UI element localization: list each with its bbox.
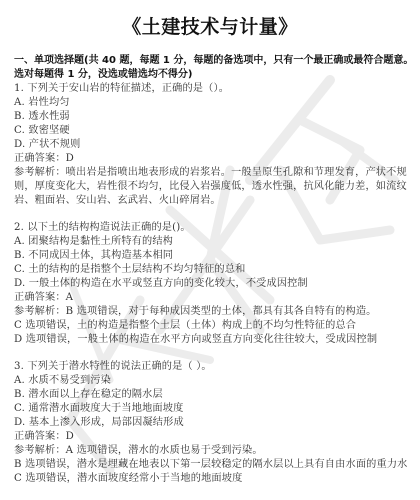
question-3-option-c: C. 通常潜水面坡度大于当地地面坡度 [14,402,420,416]
question-1-analysis-line-1: 参考解析：喷出岩是指喷出地表形成的岩浆岩。一般呈原生孔隙和节理发育，产状不规 [14,166,420,180]
question-2-option-b: B. 不同成因土体，其构造基本相同 [14,249,420,263]
question-2-answer: 正确答案：A [14,291,420,305]
question-1-option-c: C. 致密坚硬 [14,124,420,138]
document-title: 《土建技术与计量》 [0,12,420,39]
question-2-analysis-line-3: D 选项错误，一般土体的构造在水平方向或竖直方向变化往往较大，受成因控制 [14,333,420,347]
question-3-analysis-line-2: B 选项错误，潜水是埋藏在地表以下第一层较稳定的隔水层以上具有自由水面的重力水 [14,458,420,472]
question-1-analysis-line-3: 岩、粗面岩、安山岩、玄武岩、火山碎屑岩。 [14,194,420,208]
question-1-option-d: D. 产状不规则 [14,138,420,152]
question-3-option-a: A. 水质不易受到污染 [14,374,420,388]
question-1-answer: 正确答案：D [14,152,420,166]
question-3-answer: 正确答案：D [14,430,420,444]
question-2-option-d: D. 一般土体的构造在水平或竖直方向的变化较大，不受成因控制 [14,277,420,291]
question-3-analysis-line-1: 参考解析：A 选项错误，潜水的水质也易于受到污染。 [14,444,420,458]
question-3-option-b: B. 潜水面以上存在稳定的隔水层 [14,388,420,402]
question-2-analysis-line-2: C 选项错误，土的构造是指整个土层（土体）构成上的不均匀性特征的总合 [14,319,420,333]
question-3-stem: 3. 下列关于潜水特性的说法正确的是（ ）。 [14,360,420,374]
question-1-analysis-line-2: 则，厚度变化大，岩性很不均匀，比侵入岩强度低，透水性强，抗风化能力差，如流纹 [14,180,420,194]
question-3-analysis-line-3: C 选项错误，潜水面坡度经常小于当地的地面坡度 [14,472,420,486]
question-1-option-b: B. 透水性弱 [14,110,420,124]
question-1-stem: 1. 下列关于安山岩的特征描述，正确的是（）。 [14,82,420,96]
question-1-option-a: A. 岩性均匀 [14,96,420,110]
question-2-stem: 2. 以下土的结构构造说法正确的是()。 [14,221,420,235]
question-3-option-d: D. 基本上渗入形成，局部因凝结形成 [14,416,420,430]
question-2-option-c: C. 土的结构的是指整个土层结构不均匀特征的总和 [14,263,420,277]
section-heading-line-1: 一、单项选择题(共 40 题，每题 1 分，每题的备选项中，只有一个最正确或最符… [14,54,420,68]
question-2-option-a: A. 团聚结构是黏性土所特有的结构 [14,235,420,249]
section-heading-line-2: 选对每题得 1 分，没选或错选均不得分) [14,68,420,82]
question-2-analysis-line-1: 参考解析：B 选项错误，对于每种成因类型的土体，都具有其各自特有的构造。 [14,305,420,319]
